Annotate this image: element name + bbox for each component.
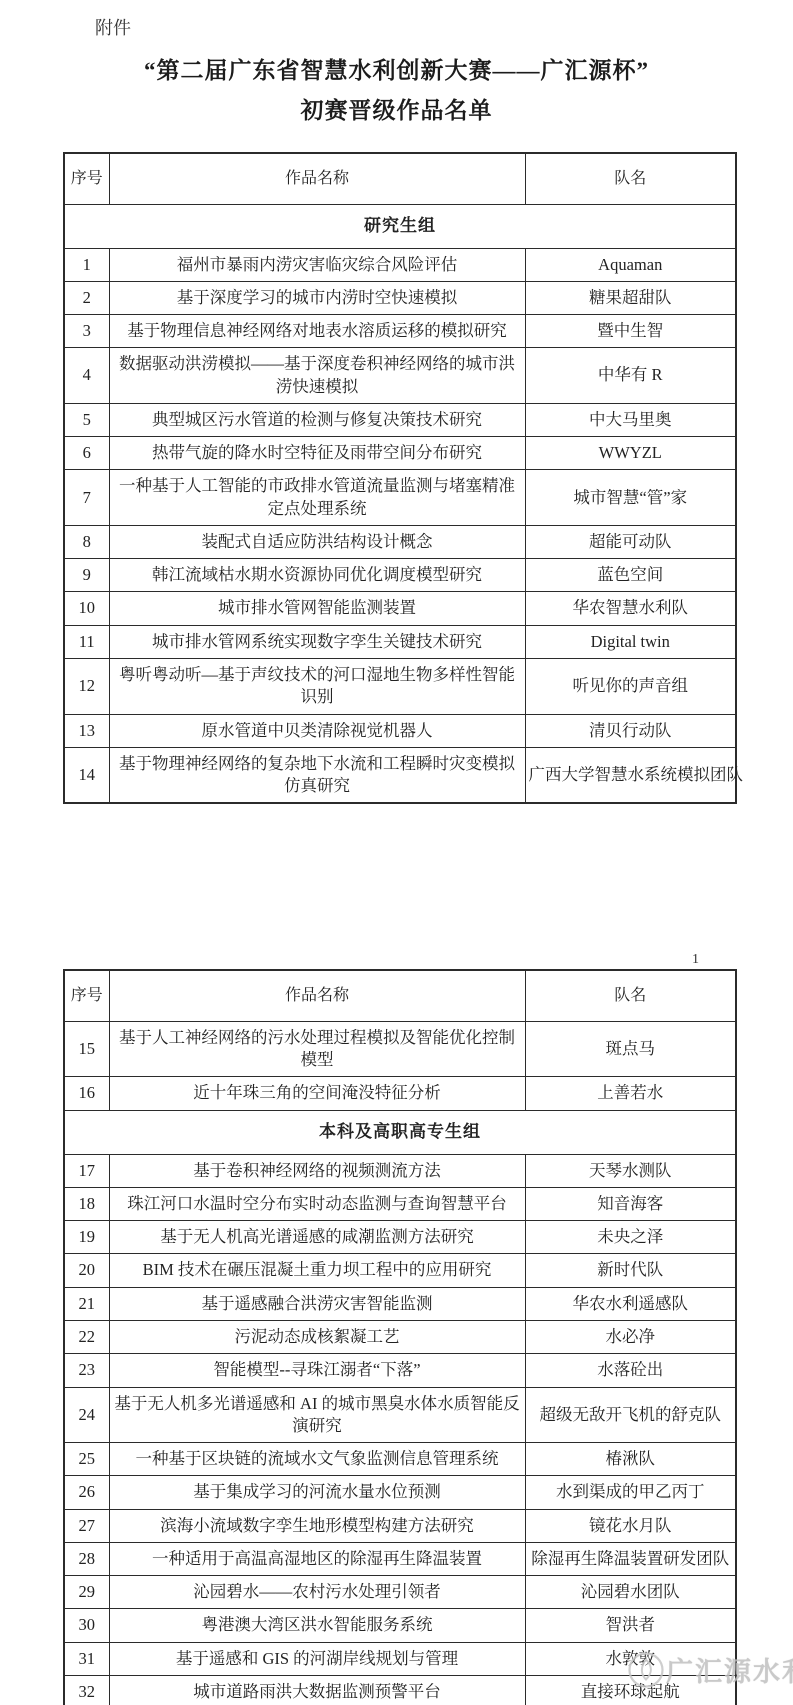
cell-team-name: 中华有 R [525,348,736,404]
cell-work-title: 一种基于区块链的流域水文气象监测信息管理系统 [109,1443,525,1476]
table-row: 10城市排水管网智能监测装置华农智慧水利队 [64,592,736,625]
cell-work-title: 热带气旋的降水时空特征及雨带空间分布研究 [109,437,525,470]
cell-team-name: 中大马里奥 [525,403,736,436]
cell-index: 8 [64,525,109,558]
table-row: 8装配式自适应防洪结构设计概念超能可动队 [64,525,736,558]
cell-index: 3 [64,315,109,348]
cell-team-name: 华农水利遥感队 [525,1287,736,1320]
table-row: 14基于物理神经网络的复杂地下水流和工程瞬时灾变模拟仿真研究广西大学智慧水系统模… [64,747,736,803]
cell-index: 28 [64,1542,109,1575]
table-row: 15基于人工神经网络的污水处理过程模拟及智能优化控制模型斑点马 [64,1021,736,1077]
table-row: 16近十年珠三角的空间淹没特征分析上善若水 [64,1077,736,1110]
cell-index: 5 [64,403,109,436]
cell-team-name: 糖果超甜队 [525,281,736,314]
table-row: 4数据驱动洪涝模拟——基于深度卷积神经网络的城市洪涝快速模拟中华有 R [64,348,736,404]
cell-team-name: WWYZL [525,437,736,470]
cell-work-title: 粤听粤动听—基于声纹技术的河口湿地生物多样性智能识别 [109,658,525,714]
cell-index: 24 [64,1387,109,1443]
table-row: 1福州市暴雨内涝灾害临灾综合风险评估Aquaman [64,248,736,281]
col-header-no: 序号 [64,970,109,1021]
cell-index: 6 [64,437,109,470]
cell-team-name: 沁园碧水团队 [525,1576,736,1609]
cell-work-title: 基于物理神经网络的复杂地下水流和工程瞬时灾变模拟仿真研究 [109,747,525,803]
cell-index: 11 [64,625,109,658]
cell-work-title: 基于无人机多光谱遥感和 AI 的城市黑臭水体水质智能反演研究 [109,1387,525,1443]
table-row: 26基于集成学习的河流水量水位预测水到渠成的甲乙丙丁 [64,1476,736,1509]
cell-team-name: Digital twin [525,625,736,658]
document-page: 附件 “第二届广东省智慧水利创新大赛——广汇源杯” 初赛晋级作品名单 序号 作品… [0,0,793,1705]
cell-team-name: 知音海客 [525,1187,736,1220]
cell-team-name: 镜花水月队 [525,1509,736,1542]
cell-index: 25 [64,1443,109,1476]
cell-team-name: 除湿再生降温装置研发团队 [525,1542,736,1575]
table-row: 30粤港澳大湾区洪水智能服务系统智洪者 [64,1609,736,1642]
cell-index: 29 [64,1576,109,1609]
cell-index: 9 [64,559,109,592]
group-header-label: 研究生组 [64,204,736,248]
cell-index: 17 [64,1154,109,1187]
cell-work-title: 粤港澳大湾区洪水智能服务系统 [109,1609,525,1642]
cell-index: 14 [64,747,109,803]
cell-index: 32 [64,1675,109,1705]
cell-team-name: 上善若水 [525,1077,736,1110]
document-title-line1: “第二届广东省智慧水利创新大赛——广汇源杯” [0,52,793,85]
cell-work-title: 基于物理信息神经网络对地表水溶质运移的模拟研究 [109,315,525,348]
table-row: 12粤听粤动听—基于声纹技术的河口湿地生物多样性智能识别听见你的声音组 [64,658,736,714]
cell-team-name: 超级无敌开飞机的舒克队 [525,1387,736,1443]
table-row: 25一种基于区块链的流域水文气象监测信息管理系统椿湫队 [64,1443,736,1476]
cell-work-title: 典型城区污水管道的检测与修复决策技术研究 [109,403,525,436]
table-row: 32城市道路雨洪大数据监测预警平台直接环球起航 [64,1675,736,1705]
cell-work-title: 城市排水管网智能监测装置 [109,592,525,625]
table-row: 22污泥动态成核絮凝工艺水必净 [64,1320,736,1353]
cell-index: 2 [64,281,109,314]
cell-index: 22 [64,1320,109,1353]
table-row: 7一种基于人工智能的市政排水管道流量监测与堵塞精准定点处理系统城市智慧“管”家 [64,470,736,526]
table-row: 2基于深度学习的城市内涝时空快速模拟糖果超甜队 [64,281,736,314]
group-header-label: 本科及高职高专生组 [64,1110,736,1154]
cell-team-name: 超能可动队 [525,525,736,558]
cell-team-name: 蓝色空间 [525,559,736,592]
table-row: 19基于无人机高光谱遥感的咸潮监测方法研究未央之泽 [64,1221,736,1254]
page-number: 1 [63,952,735,968]
cell-index: 15 [64,1021,109,1077]
cell-work-title: 原水管道中贝类清除视觉机器人 [109,714,525,747]
cell-index: 7 [64,470,109,526]
cell-work-title: 智能模型--寻珠江溺者“下落” [109,1354,525,1387]
table-row: 13原水管道中贝类清除视觉机器人清贝行动队 [64,714,736,747]
cell-work-title: 基于人工神经网络的污水处理过程模拟及智能优化控制模型 [109,1021,525,1077]
table-row: 5典型城区污水管道的检测与修复决策技术研究中大马里奥 [64,403,736,436]
cell-team-name: 椿湫队 [525,1443,736,1476]
cell-team-name: 听见你的声音组 [525,658,736,714]
cell-work-title: 数据驱动洪涝模拟——基于深度卷积神经网络的城市洪涝快速模拟 [109,348,525,404]
cell-team-name: 天琴水测队 [525,1154,736,1187]
table-row: 17基于卷积神经网络的视频测流方法天琴水测队 [64,1154,736,1187]
cell-team-name: 华农智慧水利队 [525,592,736,625]
cell-team-name: 水到渠成的甲乙丙丁 [525,1476,736,1509]
table-row: 6热带气旋的降水时空特征及雨带空间分布研究WWYZL [64,437,736,470]
table2-header-row: 序号 作品名称 队名 [64,970,736,1021]
table-row: 28一种适用于高温高湿地区的除湿再生降温装置除湿再生降温装置研发团队 [64,1542,736,1575]
cell-work-title: 近十年珠三角的空间淹没特征分析 [109,1077,525,1110]
cell-index: 20 [64,1254,109,1287]
cell-work-title: 一种适用于高温高湿地区的除湿再生降温装置 [109,1542,525,1575]
cell-team-name: 广西大学智慧水系统模拟团队 [525,747,736,803]
cell-work-title: 基于遥感融合洪涝灾害智能监测 [109,1287,525,1320]
col-header-title: 作品名称 [109,153,525,204]
cell-team-name: 水落砼出 [525,1354,736,1387]
table-row: 3基于物理信息神经网络对地表水溶质运移的模拟研究暨中生智 [64,315,736,348]
cell-work-title: 珠江河口水温时空分布实时动态监测与查询智慧平台 [109,1187,525,1220]
cell-index: 26 [64,1476,109,1509]
cell-index: 30 [64,1609,109,1642]
cell-team-name: 水必净 [525,1320,736,1353]
col-header-no: 序号 [64,153,109,204]
cell-team-name: 直接环球起航 [525,1675,736,1705]
group-header-row: 本科及高职高专生组 [64,1110,736,1154]
cell-index: 27 [64,1509,109,1542]
cell-team-name: 城市智慧“管”家 [525,470,736,526]
col-header-title: 作品名称 [109,970,525,1021]
cell-work-title: 污泥动态成核絮凝工艺 [109,1320,525,1353]
cell-work-title: 沁园碧水——农村污水处理引领者 [109,1576,525,1609]
cell-work-title: BIM 技术在碾压混凝土重力坝工程中的应用研究 [109,1254,525,1287]
cell-index: 23 [64,1354,109,1387]
cell-team-name: 智洪者 [525,1609,736,1642]
cell-index: 10 [64,592,109,625]
table-row: 29沁园碧水——农村污水处理引领者沁园碧水团队 [64,1576,736,1609]
cell-work-title: 城市排水管网系统实现数字孪生关键技术研究 [109,625,525,658]
cell-index: 1 [64,248,109,281]
cell-work-title: 基于无人机高光谱遥感的咸潮监测方法研究 [109,1221,525,1254]
group-header-row: 研究生组 [64,204,736,248]
table-row: 18珠江河口水温时空分布实时动态监测与查询智慧平台知音海客 [64,1187,736,1220]
cell-index: 18 [64,1187,109,1220]
entries-table-page1: 序号 作品名称 队名 研究生组1福州市暴雨内涝灾害临灾综合风险评估Aquaman… [63,152,737,804]
cell-index: 19 [64,1221,109,1254]
cell-index: 13 [64,714,109,747]
table-row: 24基于无人机多光谱遥感和 AI 的城市黑臭水体水质智能反演研究超级无敌开飞机的… [64,1387,736,1443]
cell-work-title: 基于深度学习的城市内涝时空快速模拟 [109,281,525,314]
cell-team-name: 清贝行动队 [525,714,736,747]
cell-index: 21 [64,1287,109,1320]
cell-index: 16 [64,1077,109,1110]
table1-header-row: 序号 作品名称 队名 [64,153,736,204]
table-row: 11城市排水管网系统实现数字孪生关键技术研究Digital twin [64,625,736,658]
table-row: 21基于遥感融合洪涝灾害智能监测华农水利遥感队 [64,1287,736,1320]
cell-team-name: 未央之泽 [525,1221,736,1254]
entries-table-page2: 序号 作品名称 队名 15基于人工神经网络的污水处理过程模拟及智能优化控制模型斑… [63,969,737,1705]
cell-team-name: 暨中生智 [525,315,736,348]
cell-work-title: 滨海小流域数字孪生地形模型构建方法研究 [109,1509,525,1542]
table-row: 31基于遥感和 GIS 的河湖岸线规划与管理水敦敦 [64,1642,736,1675]
table-row: 9韩江流域枯水期水资源协同优化调度模型研究蓝色空间 [64,559,736,592]
table-row: 23智能模型--寻珠江溺者“下落”水落砼出 [64,1354,736,1387]
cell-work-title: 基于集成学习的河流水量水位预测 [109,1476,525,1509]
cell-team-name: 新时代队 [525,1254,736,1287]
cell-work-title: 一种基于人工智能的市政排水管道流量监测与堵塞精准定点处理系统 [109,470,525,526]
cell-work-title: 城市道路雨洪大数据监测预警平台 [109,1675,525,1705]
cell-index: 4 [64,348,109,404]
cell-work-title: 基于卷积神经网络的视频测流方法 [109,1154,525,1187]
cell-team-name: Aquaman [525,248,736,281]
attachment-label: 附件 [95,0,793,40]
col-header-team: 队名 [525,153,736,204]
cell-index: 31 [64,1642,109,1675]
col-header-team: 队名 [525,970,736,1021]
cell-work-title: 基于遥感和 GIS 的河湖岸线规划与管理 [109,1642,525,1675]
cell-index: 12 [64,658,109,714]
cell-work-title: 福州市暴雨内涝灾害临灾综合风险评估 [109,248,525,281]
table-row: 20BIM 技术在碾压混凝土重力坝工程中的应用研究新时代队 [64,1254,736,1287]
cell-team-name: 斑点马 [525,1021,736,1077]
document-title-line2: 初赛晋级作品名单 [0,92,793,125]
cell-team-name: 水敦敦 [525,1642,736,1675]
cell-work-title: 韩江流域枯水期水资源协同优化调度模型研究 [109,559,525,592]
table-row: 27滨海小流域数字孪生地形模型构建方法研究镜花水月队 [64,1509,736,1542]
cell-work-title: 装配式自适应防洪结构设计概念 [109,525,525,558]
